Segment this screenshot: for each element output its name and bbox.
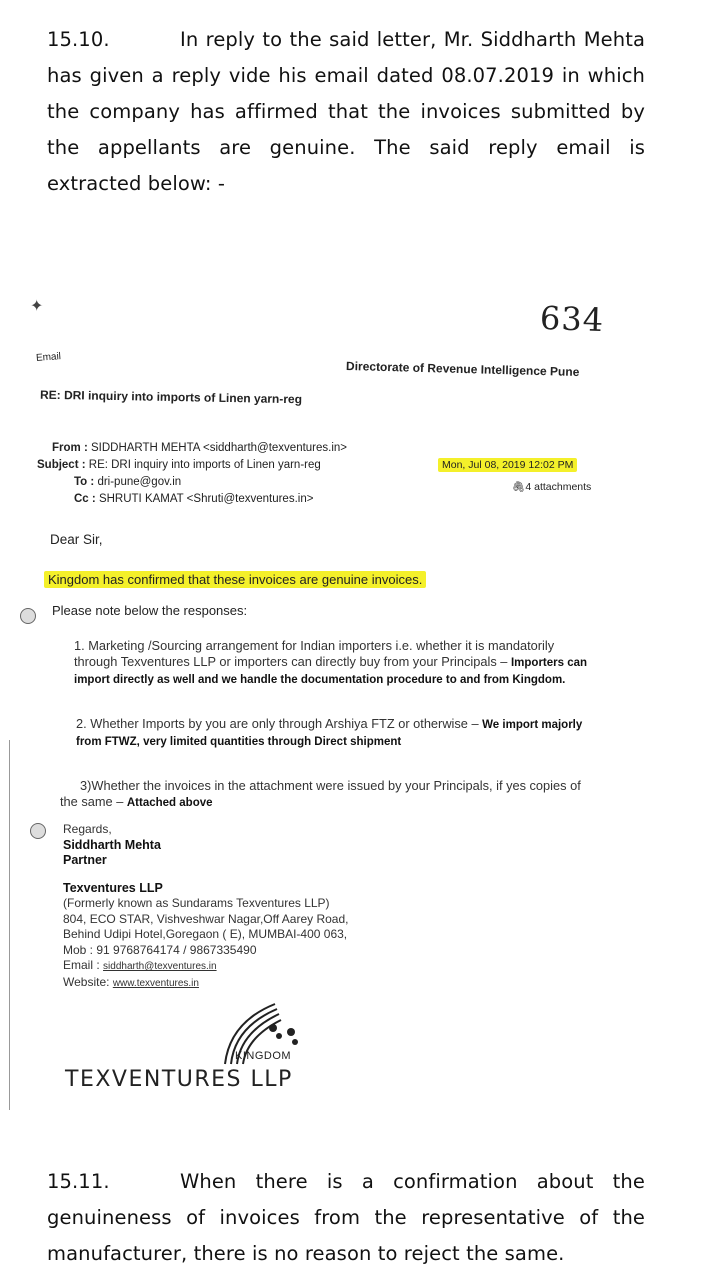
highlighted-confirmation: Kingdom has confirmed that these invoice… bbox=[44, 571, 426, 588]
regards: Regards, bbox=[63, 822, 348, 838]
response-item-3: 3)Whether the invoices in the attachment… bbox=[60, 778, 600, 811]
cc-value: SHRUTI KAMAT <Shruti@texventures.in> bbox=[99, 493, 314, 505]
signer-title: Partner bbox=[63, 853, 107, 867]
response-item-2: 2. Whether Imports by you are only throu… bbox=[76, 716, 586, 750]
response-item-1: 1. Marketing /Sourcing arrangement for I… bbox=[74, 638, 594, 688]
email-link[interactable]: siddharth@texventures.in bbox=[103, 961, 217, 972]
scan-edge-line bbox=[9, 740, 10, 1110]
website-link[interactable]: www.texventures.in bbox=[113, 978, 199, 989]
paperclip-icon: 🖇 bbox=[512, 481, 525, 493]
cc-row: Cc : SHRUTI KAMAT <Shruti@texventures.in… bbox=[74, 493, 313, 505]
greeting: Dear Sir, bbox=[50, 532, 103, 547]
signer-name: Siddharth Mehta bbox=[63, 838, 161, 852]
paragraph-number: 15.10. bbox=[47, 22, 180, 58]
to-row: To : dri-pune@gov.in bbox=[74, 476, 181, 488]
texventures-logo: KINGDOM TEXVENTURES LLP bbox=[65, 992, 325, 1102]
subject-row: Subject : RE: DRI inquiry into imports o… bbox=[37, 459, 321, 471]
scanned-email-extract: ✦ 634 Email Directorate of Revenue Intel… bbox=[0, 270, 720, 1110]
email-date: Mon, Jul 08, 2019 12:02 PM bbox=[438, 458, 577, 472]
paragraph-15-10: 15.10.In reply to the said letter, Mr. S… bbox=[47, 22, 645, 202]
formerly-known: (Formerly known as Sundarams Texventures… bbox=[63, 896, 348, 912]
organisation-name: Directorate of Revenue Intelligence Pune bbox=[346, 359, 580, 379]
note-intro: Please note below the responses: bbox=[52, 603, 247, 618]
paragraph-15-11: 15.11.When there is a confirmation about… bbox=[47, 1164, 645, 1272]
scan-speck-icon: ✦ bbox=[30, 296, 43, 315]
email-subject-title: RE: DRI inquiry into imports of Linen ya… bbox=[40, 388, 302, 407]
avatar-icon bbox=[20, 608, 36, 624]
avatar-icon bbox=[30, 823, 46, 839]
address-line-2: Behind Udipi Hotel,Goregaon ( E), MUMBAI… bbox=[63, 927, 348, 943]
email-label: Email bbox=[36, 351, 62, 364]
company-name: Texventures LLP bbox=[63, 881, 163, 895]
to-value: dri-pune@gov.in bbox=[97, 476, 181, 488]
signature-block: Regards, Siddharth Mehta Partner Texvent… bbox=[63, 822, 348, 991]
address-line-1: 804, ECO STAR, Vishveshwar Nagar,Off Aar… bbox=[63, 912, 348, 928]
from-row: From : SIDDHARTH MEHTA <siddharth@texven… bbox=[52, 442, 347, 454]
from-value: SIDDHARTH MEHTA <siddharth@texventures.i… bbox=[91, 442, 347, 454]
mobile: Mob : 91 9768764174 / 9867335490 bbox=[63, 943, 348, 959]
handwritten-page-number: 634 bbox=[539, 299, 604, 339]
paragraph-number: 15.11. bbox=[47, 1164, 180, 1200]
subject-value: RE: DRI inquiry into imports of Linen ya… bbox=[89, 459, 321, 471]
attachments-row: 🖇4 attachments bbox=[512, 480, 591, 493]
